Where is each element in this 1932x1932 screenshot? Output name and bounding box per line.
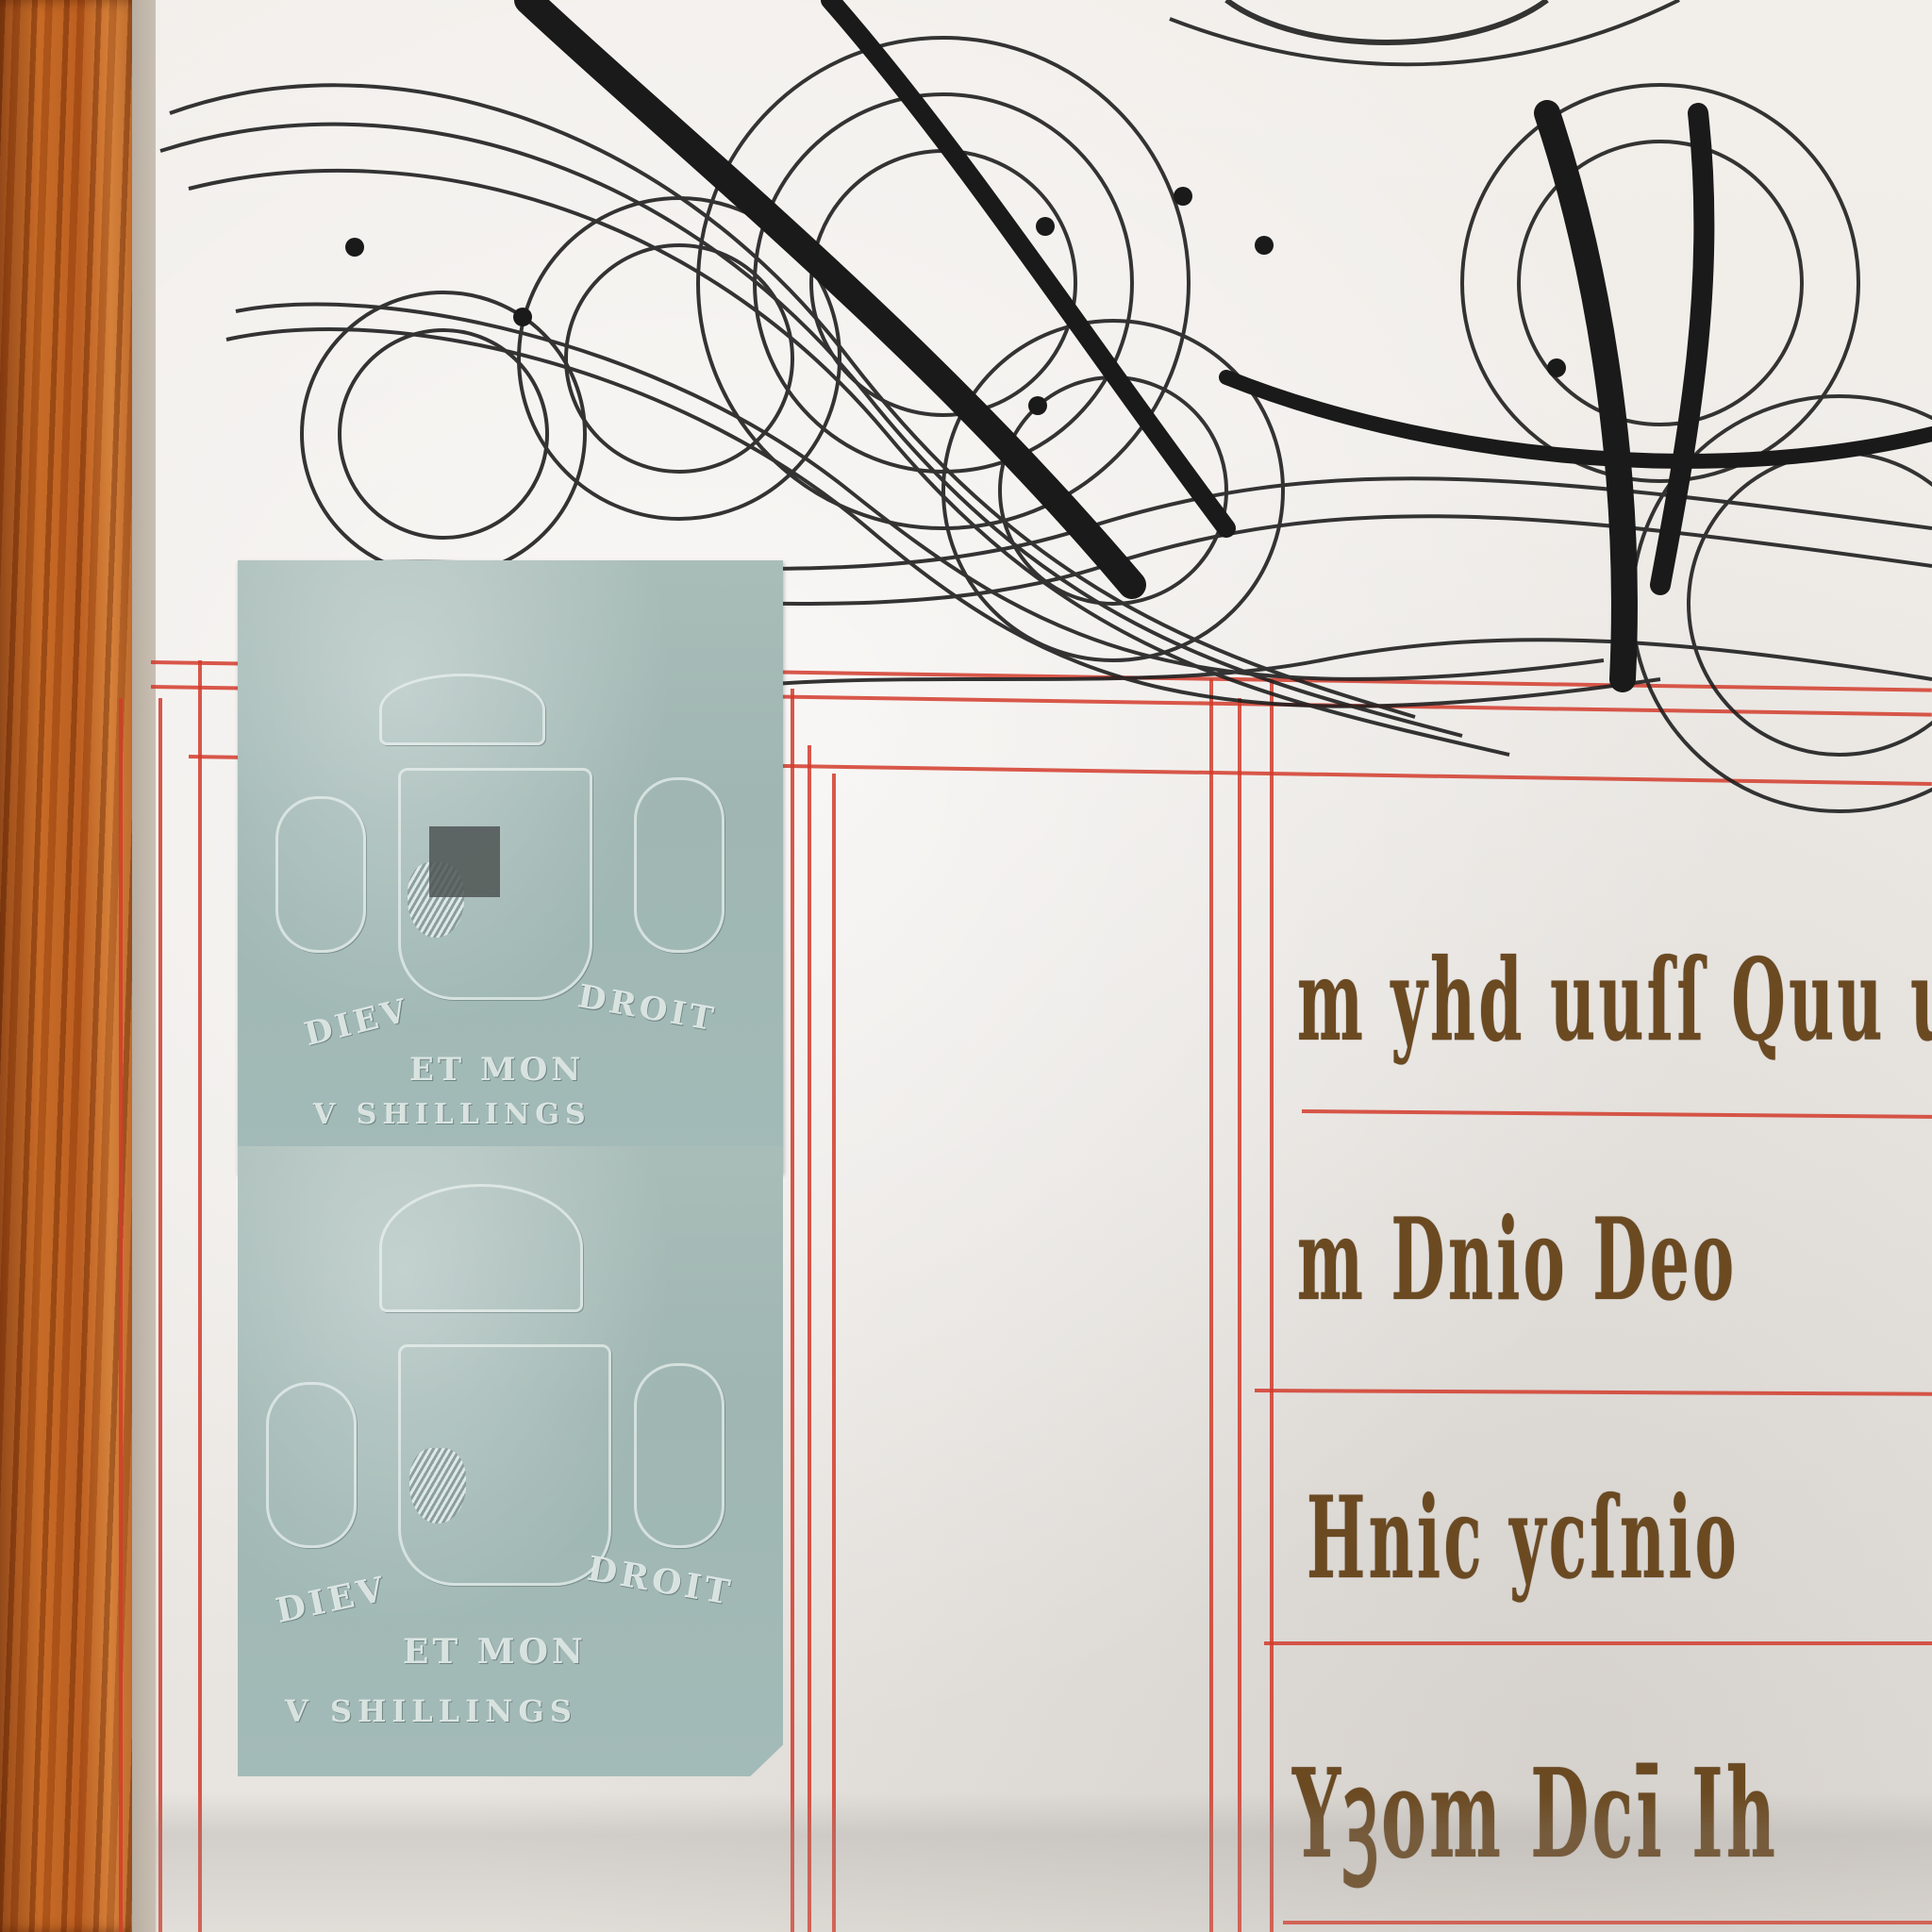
- crown-emboss-icon: [379, 674, 545, 745]
- revenue-stamp-lower: DIEV DROIT ET MON V SHILLINGS: [238, 1146, 783, 1776]
- crown-emboss-icon: [379, 1184, 583, 1312]
- unicorn-supporter-icon: [634, 777, 724, 953]
- motto-right: DROIT: [575, 977, 720, 1039]
- dark-emboss-patch: [429, 826, 500, 897]
- stamp-value: V SHILLINGS: [313, 1098, 591, 1131]
- motto-center: ET MON: [409, 1051, 584, 1089]
- script-line-3: Hnic ycſnio: [1307, 1472, 1740, 1605]
- motto-left: DIEV: [273, 1569, 391, 1631]
- motto-center: ET MON: [403, 1632, 587, 1672]
- motto-right: DROIT: [585, 1549, 737, 1613]
- vellum-fold-shadow: [156, 1792, 1932, 1932]
- harp-quarter-icon: [409, 1448, 466, 1524]
- photo-scene: DIEV DROIT ET MON V SHILLINGS DIEV DROIT…: [0, 0, 1932, 1932]
- script-line-1: m yhd uuſſ Quu uullu: [1297, 934, 1932, 1067]
- script-line-2: m Dnio Deo: [1297, 1193, 1737, 1326]
- motto-left: DIEV: [301, 991, 414, 1054]
- revenue-stamp-upper: DIEV DROIT ET MON V SHILLINGS: [238, 560, 783, 1174]
- stamp-value: V SHILLINGS: [285, 1693, 577, 1729]
- lion-supporter-icon: [275, 796, 366, 953]
- unicorn-supporter-icon: [634, 1363, 724, 1548]
- lion-supporter-icon: [266, 1382, 357, 1548]
